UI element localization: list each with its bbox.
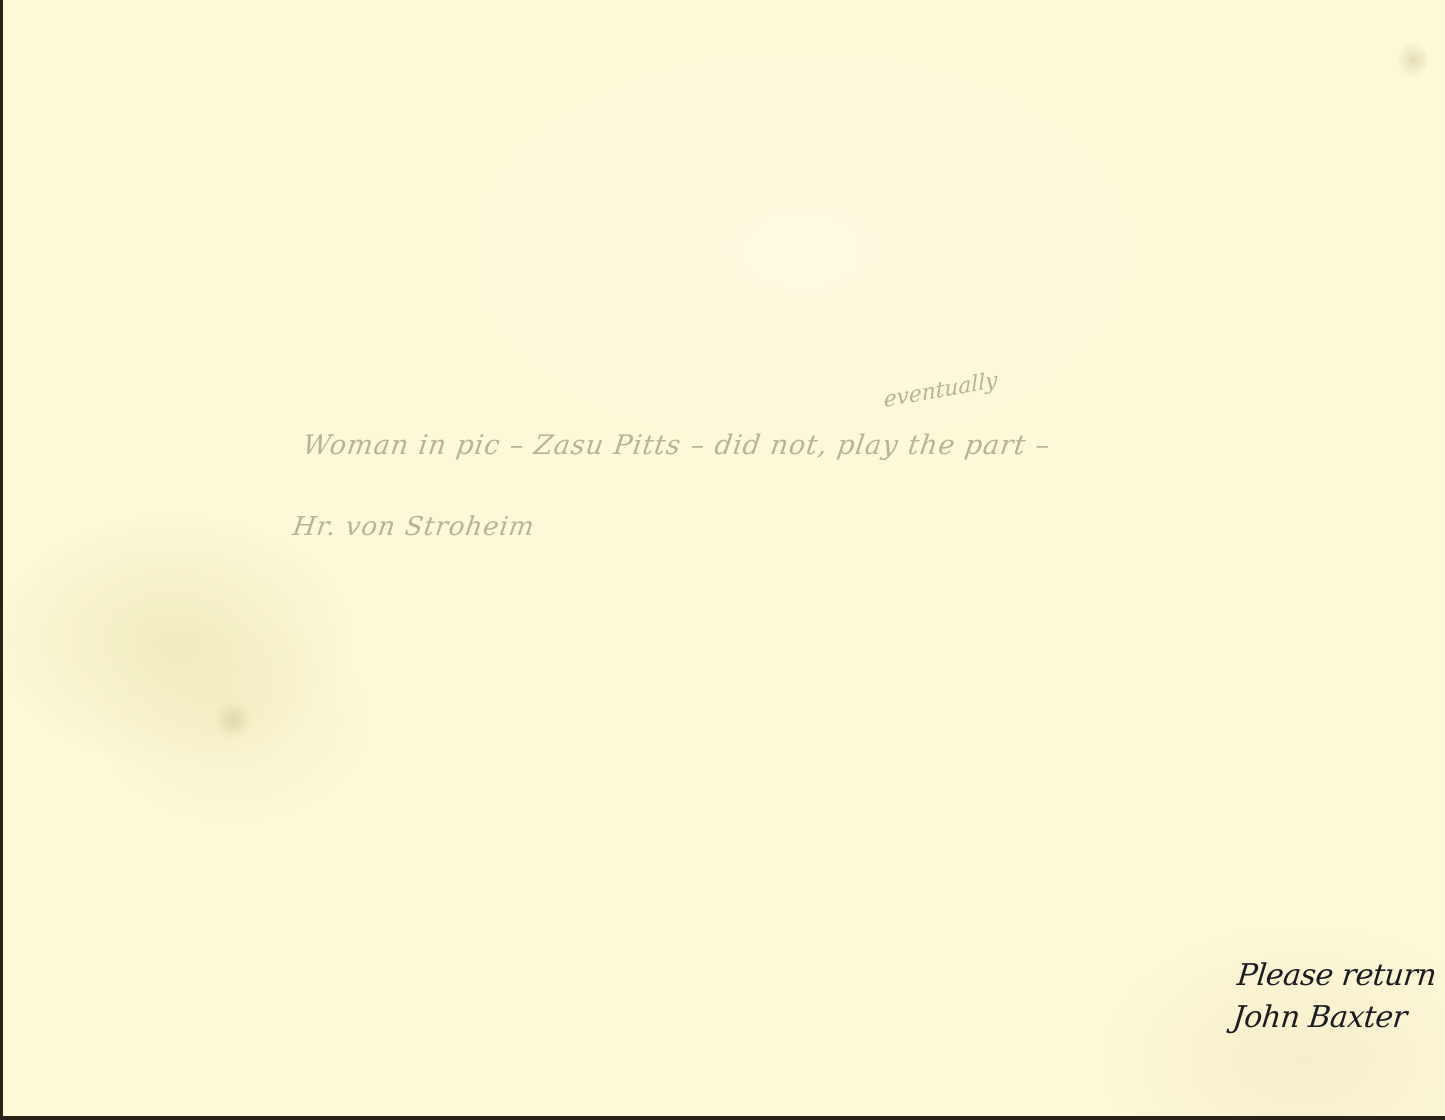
- photograph-back-sheet: eventually Woman in pic – Zasu Pitts – d…: [3, 0, 1445, 1116]
- caption-insert-note: eventually: [883, 368, 997, 413]
- signature-note: Hr. von Stroheim: [291, 512, 537, 542]
- paper-stain: [1398, 40, 1428, 80]
- caption-note: Woman in pic – Zasu Pitts – did not, pla…: [301, 430, 1053, 461]
- dedication-line-1: Please return to: [1235, 955, 1445, 997]
- paper-stain: [213, 700, 253, 740]
- dedication-note: Please return to John Baxter: [1231, 955, 1445, 1039]
- dedication-line-2: John Baxter: [1231, 997, 1445, 1039]
